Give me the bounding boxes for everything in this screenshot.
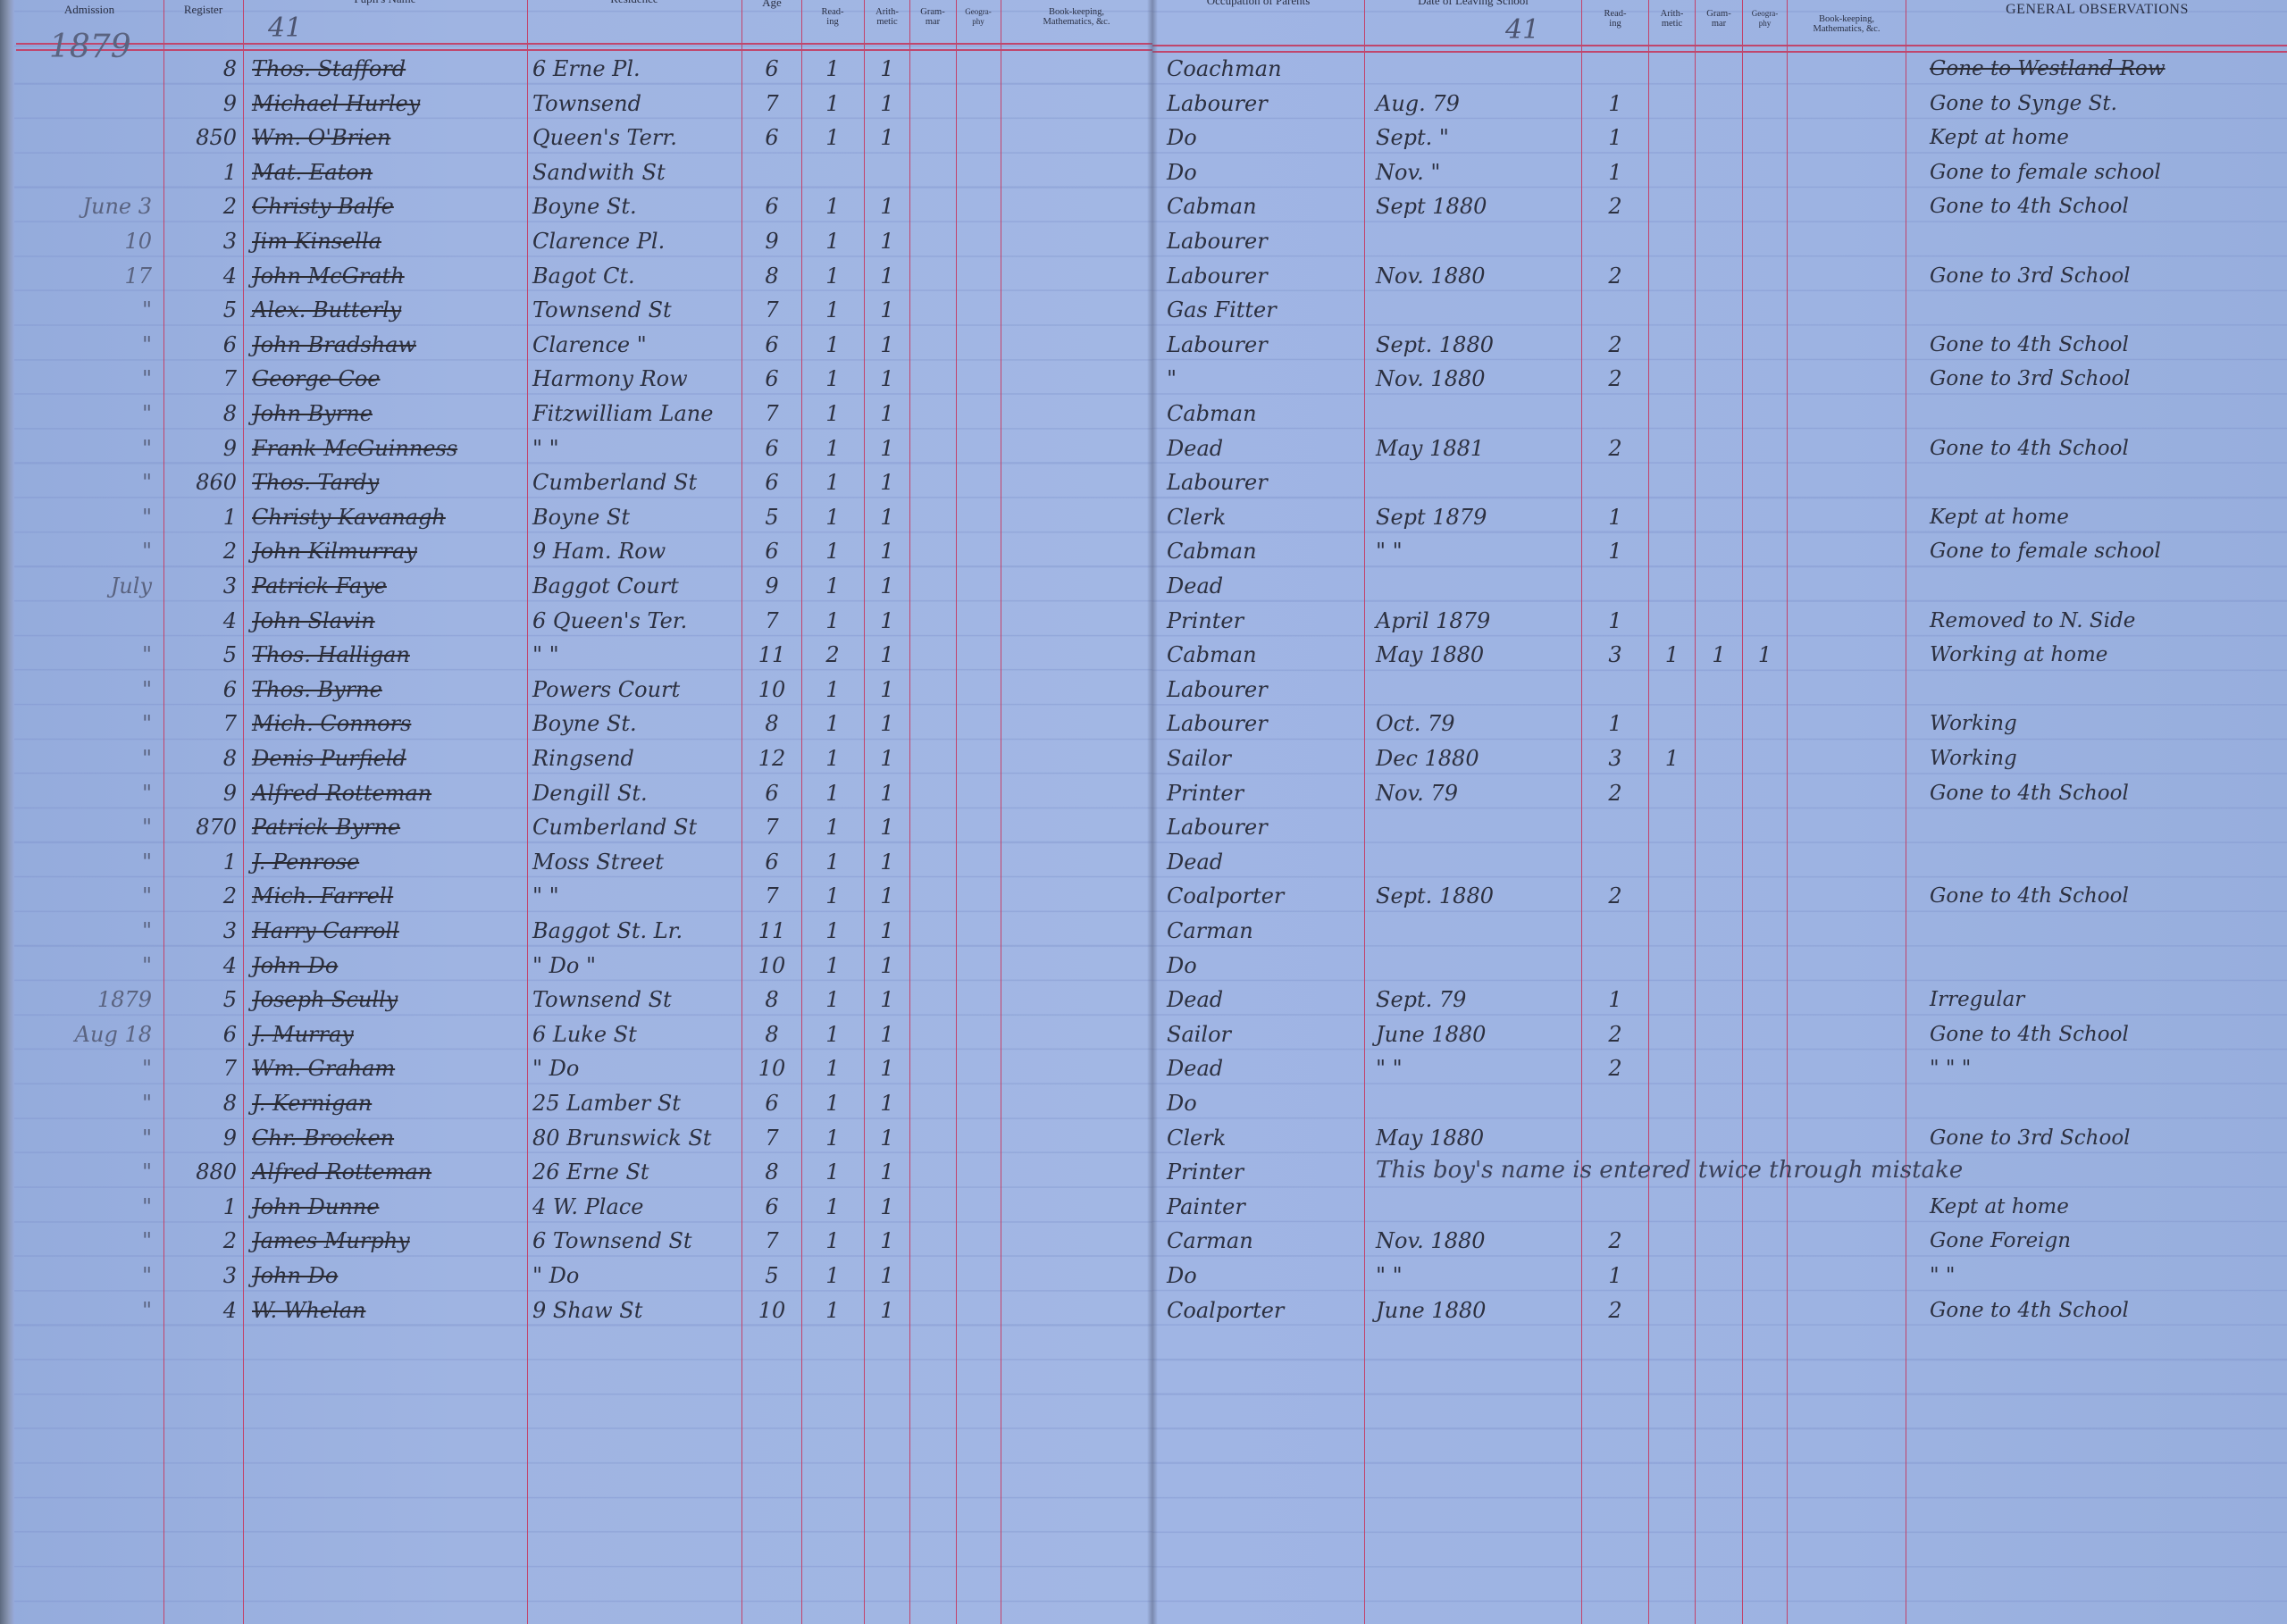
arithmetic-grade: 1 bbox=[866, 1262, 909, 1289]
parent-occupation: Cabman bbox=[1167, 400, 1363, 427]
parent-occupation: Labourer bbox=[1167, 814, 1363, 841]
age: 5 bbox=[745, 504, 799, 531]
residence: " Do " bbox=[532, 952, 740, 979]
age: 9 bbox=[745, 228, 799, 255]
arithmetic-grade: 1 bbox=[866, 745, 909, 772]
column-rule bbox=[1001, 0, 1001, 1624]
admission-date: " bbox=[36, 1227, 152, 1254]
pupil-name: John McGrath bbox=[252, 263, 520, 289]
register-number: 870 bbox=[165, 814, 237, 841]
parent-occupation: Do bbox=[1167, 124, 1363, 151]
arithmetic-grade: 1 bbox=[1650, 641, 1694, 668]
residence: Boyne St. bbox=[532, 193, 740, 220]
pupil-name: Thos. Halligan bbox=[252, 641, 520, 668]
reading-grade: 2 bbox=[804, 641, 861, 668]
pupil-name: Chr. Brocken bbox=[252, 1125, 520, 1151]
admission-date: " bbox=[36, 365, 152, 392]
residence: " " bbox=[532, 641, 740, 668]
column-rule bbox=[956, 0, 957, 1624]
date-of-leaving: Sept. 1880 bbox=[1376, 883, 1579, 909]
reading-grade: 1 bbox=[804, 607, 861, 634]
register-number: 850 bbox=[165, 124, 237, 151]
date-of-leaving: Nov. 79 bbox=[1376, 780, 1579, 807]
column-rule bbox=[1648, 0, 1649, 1624]
admission-date: " bbox=[36, 1125, 152, 1151]
header-gram-line1: Gram- bbox=[1706, 9, 1730, 19]
date-of-leaving: Nov. " bbox=[1376, 159, 1579, 186]
age: 8 bbox=[745, 1021, 799, 1048]
parent-occupation: Clerk bbox=[1167, 1125, 1363, 1151]
age: 5 bbox=[745, 1262, 799, 1289]
reading-grade: 1 bbox=[804, 400, 861, 427]
header-general-observations: GENERAL OBSERVATIONS bbox=[1907, 4, 2287, 16]
arithmetic-grade: 1 bbox=[866, 849, 909, 875]
column-rule bbox=[1581, 0, 1582, 1624]
date-of-leaving: Nov. 1880 bbox=[1376, 365, 1579, 392]
parent-occupation: Cabman bbox=[1167, 193, 1363, 220]
left-page: Admission Register Pupil's Name Residenc… bbox=[0, 0, 1152, 1624]
pupil-name: Frank McGuinness bbox=[252, 435, 520, 462]
arithmetic-grade: 1 bbox=[866, 710, 909, 737]
arithmetic-grade: 1 bbox=[866, 55, 909, 82]
admission-date: " bbox=[36, 745, 152, 772]
header-grammar-right: Gram-mar bbox=[1696, 9, 1741, 29]
general-observation: Gone Foreign bbox=[1930, 1227, 2287, 1254]
parent-occupation: Coalporter bbox=[1167, 883, 1363, 909]
register-number: 4 bbox=[165, 1297, 237, 1324]
header-occupation: Occupation of Parents bbox=[1152, 0, 1364, 7]
residence: " Do bbox=[532, 1262, 740, 1289]
reading-grade: 2 bbox=[1583, 780, 1647, 807]
date-of-leaving: Sept. " bbox=[1376, 124, 1579, 151]
reading-grade: 1 bbox=[1583, 607, 1647, 634]
reading-grade: 2 bbox=[1583, 263, 1647, 289]
pupil-name: Wm. Graham bbox=[252, 1055, 520, 1082]
header-double-rule bbox=[16, 43, 1152, 51]
admission-date: " bbox=[36, 1090, 152, 1117]
register-number: 1 bbox=[165, 504, 237, 531]
arithmetic-grade: 1 bbox=[866, 1193, 909, 1220]
register-number: 2 bbox=[165, 1227, 237, 1254]
arithmetic-grade: 1 bbox=[866, 538, 909, 565]
date-of-leaving: Aug. 79 bbox=[1376, 90, 1579, 117]
age: 12 bbox=[745, 745, 799, 772]
arithmetic-grade: 1 bbox=[1650, 745, 1694, 772]
column-rule bbox=[1364, 0, 1365, 1624]
parent-occupation: Labourer bbox=[1167, 90, 1363, 117]
arithmetic-grade: 1 bbox=[866, 607, 909, 634]
arithmetic-grade: 1 bbox=[866, 986, 909, 1013]
header-geog-line1: Geogra- bbox=[1752, 9, 1778, 18]
residence: Clarence Pl. bbox=[532, 228, 740, 255]
arithmetic-grade: 1 bbox=[866, 228, 909, 255]
register-number: 4 bbox=[165, 607, 237, 634]
reading-grade: 1 bbox=[1583, 159, 1647, 186]
reading-grade: 3 bbox=[1583, 641, 1647, 668]
header-geog-line1: Geogra- bbox=[965, 7, 991, 16]
general-observation: Kept at home bbox=[1930, 124, 2287, 151]
pupil-name: Alfred Rotteman bbox=[252, 1159, 520, 1185]
reading-grade: 1 bbox=[804, 1021, 861, 1048]
column-rule bbox=[1695, 0, 1696, 1624]
date-of-leaving: June 1880 bbox=[1376, 1021, 1579, 1048]
general-observation: Removed to N. Side bbox=[1930, 607, 2287, 634]
reading-grade: 2 bbox=[1583, 1297, 1647, 1324]
reading-grade: 1 bbox=[804, 55, 861, 82]
age: 6 bbox=[745, 193, 799, 220]
pupil-name: Christy Balfe bbox=[252, 193, 520, 220]
residence: Moss Street bbox=[532, 849, 740, 875]
reading-grade: 1 bbox=[804, 1090, 861, 1117]
age: 11 bbox=[745, 917, 799, 944]
register-number: 8 bbox=[165, 745, 237, 772]
page-number-right: 41 bbox=[1505, 14, 1539, 46]
reading-grade: 1 bbox=[1583, 1262, 1647, 1289]
general-observation: Gone to 3rd School bbox=[1930, 365, 2287, 392]
age: 9 bbox=[745, 573, 799, 599]
register-number: 1 bbox=[165, 159, 237, 186]
age: 6 bbox=[745, 538, 799, 565]
pupil-name: John Dunne bbox=[252, 1193, 520, 1220]
header-book-line2: Mathematics, &c. bbox=[1814, 24, 1881, 34]
residence: Boyne St bbox=[532, 504, 740, 531]
general-observation: Gone to 4th School bbox=[1930, 1297, 2287, 1324]
parent-occupation: Printer bbox=[1167, 1159, 1244, 1185]
reading-grade: 1 bbox=[804, 780, 861, 807]
admission-date: " bbox=[36, 400, 152, 427]
pupil-name: Joseph Scully bbox=[252, 986, 520, 1013]
date-of-leaving: Sept 1880 bbox=[1376, 193, 1579, 220]
parent-occupation: Labourer bbox=[1167, 331, 1363, 358]
pupil-name: J. Murray bbox=[252, 1021, 520, 1048]
pupil-name: Michael Hurley bbox=[252, 90, 520, 117]
header-date-leaving: Date of Leaving School bbox=[1366, 0, 1580, 7]
age: 7 bbox=[745, 607, 799, 634]
general-observation: Working bbox=[1930, 745, 2287, 772]
arithmetic-grade: 1 bbox=[866, 780, 909, 807]
residence: 80 Brunswick St bbox=[532, 1125, 740, 1151]
pupil-name: Denis Purfield bbox=[252, 745, 520, 772]
reading-grade: 1 bbox=[804, 228, 861, 255]
column-rule bbox=[801, 0, 802, 1624]
admission-date: " bbox=[36, 814, 152, 841]
arithmetic-grade: 1 bbox=[866, 1055, 909, 1082]
parent-occupation: " bbox=[1167, 365, 1363, 392]
pupil-name: Patrick Faye bbox=[252, 573, 520, 599]
residence: 9 Ham. Row bbox=[532, 538, 740, 565]
general-observation: " " " bbox=[1930, 1055, 2287, 1082]
arithmetic-grade: 1 bbox=[866, 90, 909, 117]
parent-occupation: Carman bbox=[1167, 1227, 1363, 1254]
reading-grade: 1 bbox=[804, 469, 861, 496]
parent-occupation: Dead bbox=[1167, 986, 1363, 1013]
date-of-leaving: May 1880 bbox=[1376, 1125, 1579, 1151]
date-of-leaving: " " bbox=[1376, 538, 1579, 565]
general-observation: Gone to 4th School bbox=[1930, 193, 2287, 220]
arithmetic-grade: 1 bbox=[866, 952, 909, 979]
age: 6 bbox=[745, 849, 799, 875]
date-of-leaving: Sept. 1880 bbox=[1376, 331, 1579, 358]
residence: Queen's Terr. bbox=[532, 124, 740, 151]
register-number: 7 bbox=[165, 710, 237, 737]
header-geog-line2: phy bbox=[972, 17, 984, 26]
general-observation: Gone to 4th School bbox=[1930, 883, 2287, 909]
pupil-name: J. Kernigan bbox=[252, 1090, 520, 1117]
arithmetic-grade: 1 bbox=[866, 917, 909, 944]
reading-grade: 1 bbox=[804, 90, 861, 117]
admission-date: " bbox=[36, 1262, 152, 1289]
date-of-leaving: May 1880 bbox=[1376, 641, 1579, 668]
general-observation: Kept at home bbox=[1930, 1193, 2287, 1220]
header-gram-line2: mar bbox=[1712, 19, 1726, 29]
pupil-name: John Byrne bbox=[252, 400, 520, 427]
general-observation: Working at home bbox=[1930, 641, 2287, 668]
pupil-name: Alfred Rotteman bbox=[252, 780, 520, 807]
register-number: 880 bbox=[165, 1159, 237, 1185]
register-number: 2 bbox=[165, 193, 237, 220]
admission-date: " bbox=[36, 1193, 152, 1220]
column-rule bbox=[163, 0, 164, 1624]
residence: Baggot Court bbox=[532, 573, 740, 599]
register-number: 7 bbox=[165, 365, 237, 392]
age: 7 bbox=[745, 814, 799, 841]
residence: Baggot St. Lr. bbox=[532, 917, 740, 944]
residence: Cumberland St bbox=[532, 469, 740, 496]
reading-grade: 1 bbox=[804, 124, 861, 151]
book-gutter bbox=[1147, 0, 1158, 1624]
pupil-name: Alex. Butterly bbox=[252, 297, 520, 323]
date-of-leaving: " " bbox=[1376, 1055, 1579, 1082]
arithmetic-grade: 1 bbox=[866, 641, 909, 668]
arithmetic-grade: 1 bbox=[866, 331, 909, 358]
residence: Townsend St bbox=[532, 297, 740, 323]
pupil-name: Thos. Stafford bbox=[252, 55, 520, 82]
register-number: 1 bbox=[165, 1193, 237, 1220]
reading-grade: 1 bbox=[804, 745, 861, 772]
parent-occupation: Dead bbox=[1167, 849, 1363, 875]
pupil-name: Harry Carroll bbox=[252, 917, 520, 944]
residence: Bagot Ct. bbox=[532, 263, 740, 289]
pupil-name: Wm. O'Brien bbox=[252, 124, 520, 151]
arithmetic-grade: 1 bbox=[866, 365, 909, 392]
reading-grade: 1 bbox=[804, 435, 861, 462]
pupil-name: Mich. Farrell bbox=[252, 883, 520, 909]
age: 6 bbox=[745, 365, 799, 392]
general-observation: Gone to 3rd School bbox=[1930, 1125, 2287, 1151]
reading-grade: 1 bbox=[804, 1055, 861, 1082]
parent-occupation: Cabman bbox=[1167, 538, 1363, 565]
header-reading: Read-ing bbox=[803, 7, 862, 27]
parent-occupation: Dead bbox=[1167, 435, 1363, 462]
parent-occupation: Cabman bbox=[1167, 641, 1363, 668]
residence: " " bbox=[532, 883, 740, 909]
general-observation: Kept at home bbox=[1930, 504, 2287, 531]
residence: 6 Queen's Ter. bbox=[532, 607, 740, 634]
register-number: 3 bbox=[165, 228, 237, 255]
reading-grade: 1 bbox=[804, 849, 861, 875]
age: 10 bbox=[745, 1055, 799, 1082]
arithmetic-grade: 1 bbox=[866, 1227, 909, 1254]
year-label: 1879 bbox=[49, 34, 131, 61]
header-book-line1: Book-keeping, bbox=[1819, 14, 1874, 24]
header-gram-line2: mar bbox=[926, 17, 940, 27]
parent-occupation: Do bbox=[1167, 1090, 1363, 1117]
arithmetic-grade: 1 bbox=[866, 400, 909, 427]
age: 6 bbox=[745, 1090, 799, 1117]
arithmetic-grade: 1 bbox=[866, 573, 909, 599]
residence: Fitzwilliam Lane bbox=[532, 400, 740, 427]
header-bookkeeping: Book-keeping,Mathematics, &c. bbox=[1002, 7, 1151, 27]
reading-grade: 1 bbox=[804, 1227, 861, 1254]
parent-occupation: Printer bbox=[1167, 780, 1363, 807]
reading-grade: 2 bbox=[1583, 193, 1647, 220]
header-reading-line2: ing bbox=[1609, 19, 1621, 29]
parent-occupation: Labourer bbox=[1167, 469, 1363, 496]
pupil-name: George Coe bbox=[252, 365, 520, 392]
age: 7 bbox=[745, 400, 799, 427]
residence: 6 Erne Pl. bbox=[532, 55, 740, 82]
arithmetic-grade: 1 bbox=[866, 676, 909, 703]
register-number: 6 bbox=[165, 331, 237, 358]
pupil-name: John Do bbox=[252, 1262, 520, 1289]
admission-date: Aug 18 bbox=[36, 1021, 152, 1048]
arithmetic-grade: 1 bbox=[866, 1159, 909, 1185]
grammar-grade: 1 bbox=[1696, 641, 1741, 668]
date-of-leaving: May 1881 bbox=[1376, 435, 1579, 462]
age: 6 bbox=[745, 780, 799, 807]
age: 8 bbox=[745, 1159, 799, 1185]
age: 10 bbox=[745, 952, 799, 979]
parent-occupation: Clerk bbox=[1167, 504, 1363, 531]
residence: 25 Lamber St bbox=[532, 1090, 740, 1117]
admission-date: " bbox=[36, 331, 152, 358]
residence: 4 W. Place bbox=[532, 1193, 740, 1220]
general-observation: Gone to 4th School bbox=[1930, 780, 2287, 807]
age: 7 bbox=[745, 1227, 799, 1254]
register-number: 3 bbox=[165, 573, 237, 599]
residence: Sandwith St bbox=[532, 159, 740, 186]
age: 10 bbox=[745, 676, 799, 703]
general-observation: Gone to 4th School bbox=[1930, 1021, 2287, 1048]
general-observation: Gone to female school bbox=[1930, 159, 2287, 186]
register-number: 8 bbox=[165, 55, 237, 82]
age: 10 bbox=[745, 1297, 799, 1324]
pupil-name: John Bradshaw bbox=[252, 331, 520, 358]
arithmetic-grade: 1 bbox=[866, 124, 909, 151]
reading-grade: 1 bbox=[1583, 538, 1647, 565]
pupil-name: John Do bbox=[252, 952, 520, 979]
admission-date: " bbox=[36, 849, 152, 875]
register-number: 5 bbox=[165, 641, 237, 668]
column-rule bbox=[1742, 0, 1743, 1624]
header-register: Register bbox=[165, 4, 241, 16]
age: 8 bbox=[745, 986, 799, 1013]
general-observation: Gone to 4th School bbox=[1930, 331, 2287, 358]
register-number: 6 bbox=[165, 1021, 237, 1048]
header-grammar: Gram-mar bbox=[911, 7, 954, 27]
parent-occupation: Sailor bbox=[1167, 745, 1363, 772]
reading-grade: 1 bbox=[1583, 710, 1647, 737]
residence: 6 Luke St bbox=[532, 1021, 740, 1048]
admission-date: July bbox=[36, 573, 152, 599]
admission-date: " bbox=[36, 1159, 152, 1185]
header-geography-right: Geogra-phy bbox=[1744, 9, 1786, 29]
age: 8 bbox=[745, 710, 799, 737]
reading-grade: 1 bbox=[1583, 986, 1647, 1013]
age: 6 bbox=[745, 469, 799, 496]
parent-occupation: Labourer bbox=[1167, 263, 1363, 289]
register-number: 1 bbox=[165, 849, 237, 875]
parent-occupation: Labourer bbox=[1167, 228, 1363, 255]
register-number: 4 bbox=[165, 263, 237, 289]
header-double-rule bbox=[1152, 45, 2287, 53]
reading-grade: 1 bbox=[804, 883, 861, 909]
reading-grade: 1 bbox=[804, 365, 861, 392]
column-rule bbox=[864, 0, 865, 1624]
register-number: 3 bbox=[165, 1262, 237, 1289]
reading-grade: 2 bbox=[1583, 435, 1647, 462]
register-number: 4 bbox=[165, 952, 237, 979]
reading-grade: 1 bbox=[804, 1297, 861, 1324]
parent-occupation: Do bbox=[1167, 952, 1363, 979]
age: 7 bbox=[745, 90, 799, 117]
admission-date: " bbox=[36, 641, 152, 668]
header-arith-line1: Arith- bbox=[875, 7, 899, 17]
date-of-leaving: Sept. 79 bbox=[1376, 986, 1579, 1013]
residence: " " bbox=[532, 435, 740, 462]
parent-occupation: Dead bbox=[1167, 573, 1363, 599]
age: 7 bbox=[745, 297, 799, 323]
header-gram-line1: Gram- bbox=[920, 7, 944, 17]
reading-grade: 3 bbox=[1583, 745, 1647, 772]
register-number: 9 bbox=[165, 90, 237, 117]
residence: Townsend bbox=[532, 90, 740, 117]
page-number-left: 41 bbox=[268, 13, 302, 44]
header-arith-line2: metic bbox=[1662, 19, 1682, 29]
admission-date: June 3 bbox=[36, 193, 152, 220]
date-of-leaving: Nov. 1880 bbox=[1376, 1227, 1579, 1254]
reading-grade: 1 bbox=[804, 297, 861, 323]
date-of-leaving: " " bbox=[1376, 1262, 1579, 1289]
admission-date: 1879 bbox=[36, 986, 152, 1013]
parent-occupation: Gas Fitter bbox=[1167, 297, 1363, 323]
age: 7 bbox=[745, 1125, 799, 1151]
pupil-name: Patrick Byrne bbox=[252, 814, 520, 841]
header-admission: Admission bbox=[18, 4, 161, 16]
admission-date: " bbox=[36, 538, 152, 565]
reading-grade: 2 bbox=[1583, 1055, 1647, 1082]
pupil-name: J. Penrose bbox=[252, 849, 520, 875]
reading-grade: 2 bbox=[1583, 1227, 1647, 1254]
header-pupil-name: Pupil's Name bbox=[245, 0, 525, 5]
admission-date: " bbox=[36, 952, 152, 979]
date-of-leaving: Oct. 79 bbox=[1376, 710, 1579, 737]
pupil-name: James Murphy bbox=[252, 1227, 520, 1254]
date-of-leaving: Sept 1879 bbox=[1376, 504, 1579, 531]
parent-occupation: Labourer bbox=[1167, 710, 1363, 737]
admission-date: " bbox=[36, 676, 152, 703]
general-observation: Gone to female school bbox=[1930, 538, 2287, 565]
age: 6 bbox=[745, 1193, 799, 1220]
reading-grade: 2 bbox=[1583, 365, 1647, 392]
reading-grade: 1 bbox=[804, 193, 861, 220]
register-number: 6 bbox=[165, 676, 237, 703]
residence: 6 Townsend St bbox=[532, 1227, 740, 1254]
residence: Clarence " bbox=[532, 331, 740, 358]
reading-grade: 2 bbox=[1583, 331, 1647, 358]
parent-occupation: Sailor bbox=[1167, 1021, 1363, 1048]
general-observation: Irregular bbox=[1930, 986, 2287, 1013]
